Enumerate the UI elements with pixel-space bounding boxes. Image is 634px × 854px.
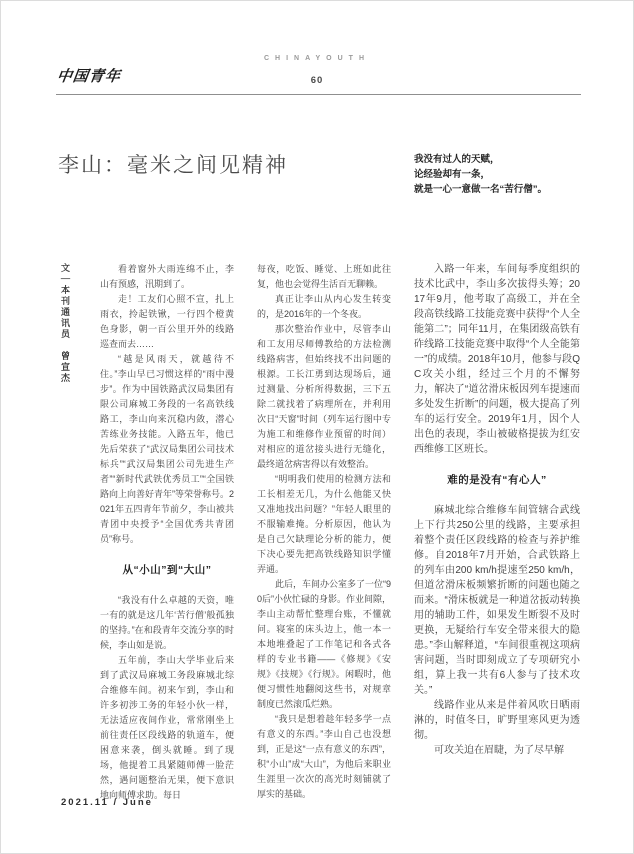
article-column-2: 每夜，吃饭、睡觉、上班如此往复，他也会觉得生活百无聊赖。真正让李山从内心发生转变… bbox=[257, 262, 391, 802]
pull-quote-line: 我没有过人的天赋， bbox=[414, 152, 584, 167]
magazine-page: CHINAYOUTH 中国青年 60 李山：毫米之间见精神 我没有过人的天赋， … bbox=[0, 0, 634, 854]
paragraph: 线路作业从来是伴着风吹日晒雨淋的，时值冬日，旷野里寒风更为透彻。 bbox=[414, 698, 580, 743]
article-column-1: 看着窗外大雨连绵不止，李山有预感，汛期到了。走！工友们心照不宣，扎上雨衣，拎起铁… bbox=[100, 262, 234, 803]
footer-issue: 2021.11 / June bbox=[61, 797, 153, 808]
paragraph: 麻城北综合维修车间管辖合武线上下行共250公里的线路，主要承担着整个责任区段线路… bbox=[414, 503, 580, 698]
pull-quote-line: 就是一心一意做一名“苦行僧”。 bbox=[414, 182, 584, 197]
paragraph: “明明我们使用的检测方法和工长相差无几，为什么他能又快又准地找出问题？”年轻人眼… bbox=[257, 472, 391, 577]
paragraph: “越是风雨天，就越待不住。”李山早已习惯这样的“雨中漫步”。作为中国铁路武汉局集… bbox=[100, 352, 234, 547]
article-title: 李山：毫米之间见精神 bbox=[58, 149, 288, 179]
section-heading: 难的是没有“有心人” bbox=[414, 472, 580, 487]
paragraph: 看着窗外大雨连绵不止，李山有预感，汛期到了。 bbox=[100, 262, 234, 292]
paragraph: 真正让李山从内心发生转变的，是2016年的一个冬夜。 bbox=[257, 292, 391, 322]
paragraph: “我没有什么卓越的天资，唯一有的就是这几年‘苦行僧’般孤独的坚持。”在和段青年交… bbox=[100, 593, 234, 653]
paragraph: 走！工友们心照不宣，扎上雨衣，拎起铁锹，一行四个橙黄色身影，朝一百公里开外的线路… bbox=[100, 292, 234, 352]
paragraph: 每夜，吃饭、睡觉、上班如此往复，他也会觉得生活百无聊赖。 bbox=[257, 262, 391, 292]
paragraph: “我只是想着趁年轻多学一点有意义的东西。”李山自己也没想到，正是这“一点有意义的… bbox=[257, 712, 391, 802]
paragraph: 入路一年来，车间每季度组织的技术比武中，李山多次拔得头筹；2017年9月，他考取… bbox=[414, 262, 580, 457]
pull-quote: 我没有过人的天赋， 论经验却有一条， 就是一心一意做一名“苦行僧”。 bbox=[414, 152, 584, 197]
paragraph: 那次整治作业中，尽管李山和工友用尽师傅教给的方法检测线路病害，但始终找不出问题的… bbox=[257, 322, 391, 472]
page-number: 60 bbox=[1, 75, 633, 86]
paragraph: 可攻关迫在眉睫，为了尽早解 bbox=[414, 743, 580, 758]
byline-vertical: 文｜本刊通讯员 曾宣杰 bbox=[59, 263, 72, 393]
header-rule bbox=[56, 94, 581, 95]
section-heading: 从“小山”到“大山” bbox=[100, 562, 234, 577]
paragraph: 五年前，李山大学毕业后来到了武汉局麻城工务段麻城北综合维修车间。初来乍到，李山和… bbox=[100, 653, 234, 803]
pull-quote-line: 论经验却有一条， bbox=[414, 167, 584, 182]
masthead-text: CHINAYOUTH bbox=[1, 55, 633, 62]
article-column-3: 入路一年来，车间每季度组织的技术比武中，李山多次拔得头筹；2017年9月，他考取… bbox=[414, 262, 580, 758]
article-columns: 看着窗外大雨连绵不止，李山有预感，汛期到了。走！工友们心照不宣，扎上雨衣，拎起铁… bbox=[100, 262, 580, 803]
paragraph: 此后，车间办公室多了一位“90后”小伙忙碌的身影。作业间隙，李山主动帮忙整理台账… bbox=[257, 577, 391, 712]
